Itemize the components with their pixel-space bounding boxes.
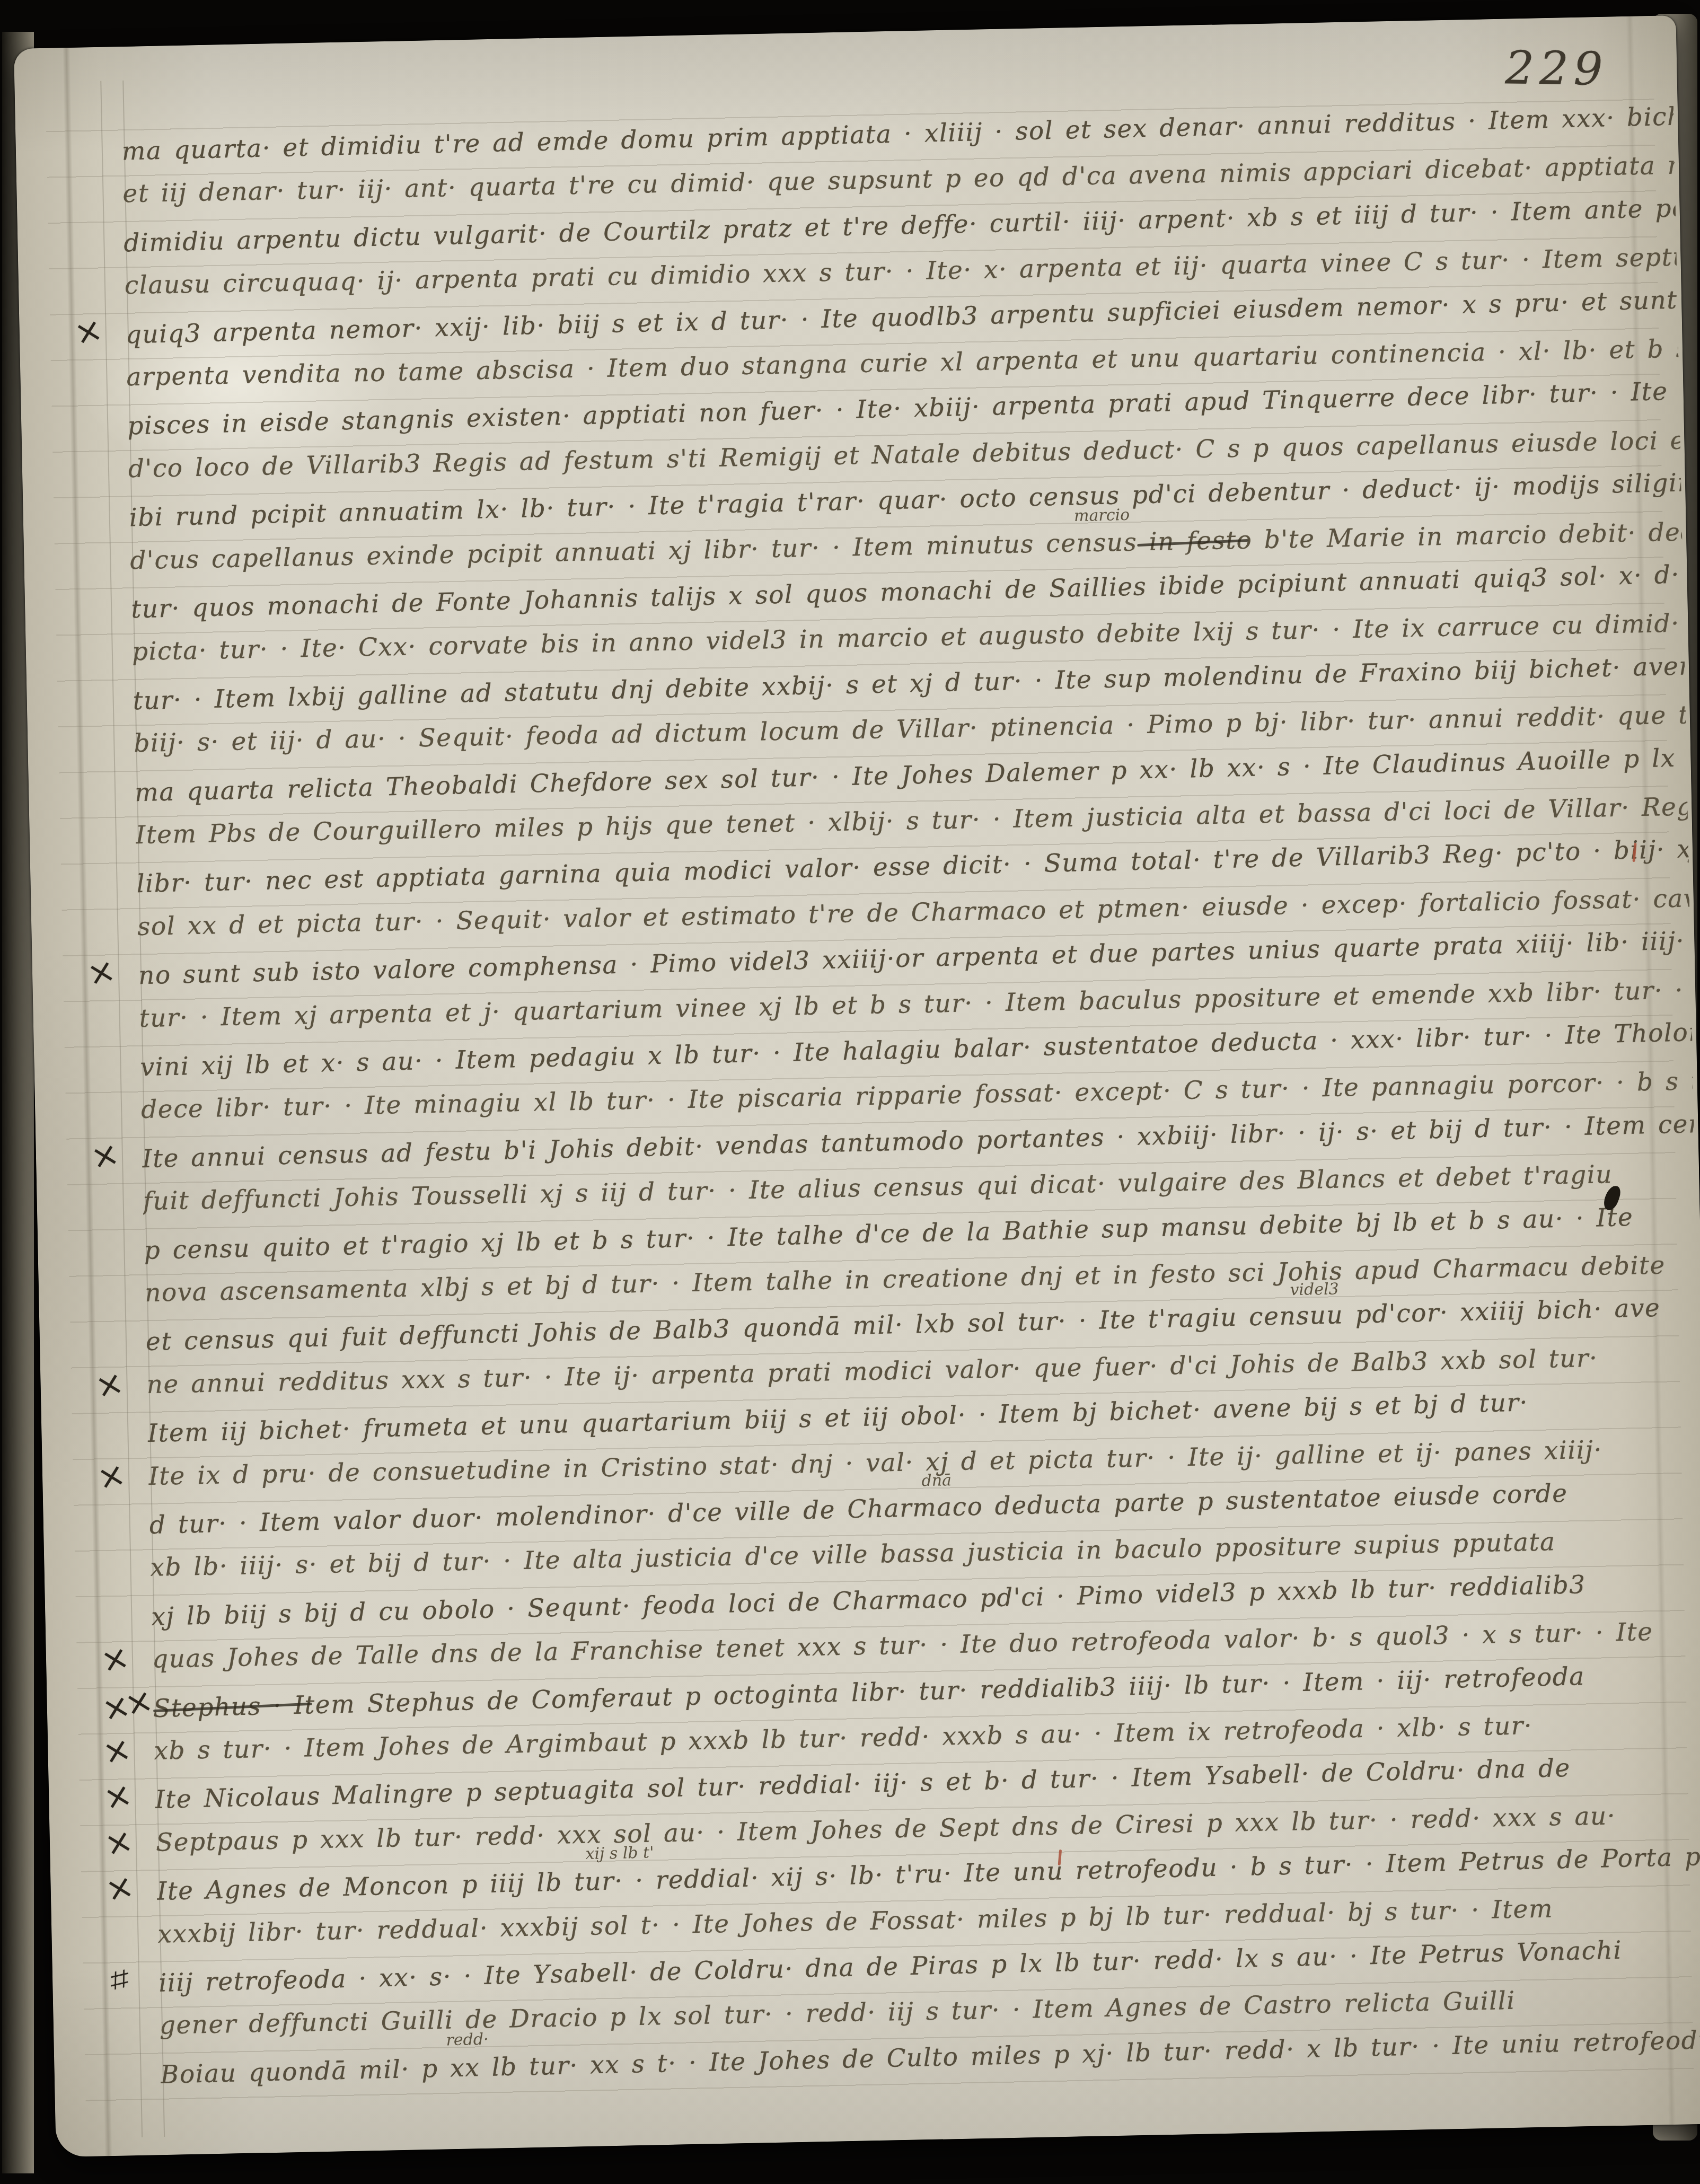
interlinear-note: videl3 — [1290, 1280, 1339, 1300]
manuscript-page: 229 ma quarta· et dimidiu t're ad emde d… — [14, 15, 1700, 2157]
folio-number: 229 — [1505, 41, 1609, 96]
manuscript-photo: 229 ma quarta· et dimidiu t're ad emde d… — [0, 0, 1700, 2184]
interlinear-note: redd· — [446, 2030, 489, 2050]
interlinear-note: xij s lb t' — [585, 1844, 654, 1864]
interlinear-note: marcio — [1074, 506, 1130, 525]
interlinear-note: dnā — [921, 1471, 952, 1490]
